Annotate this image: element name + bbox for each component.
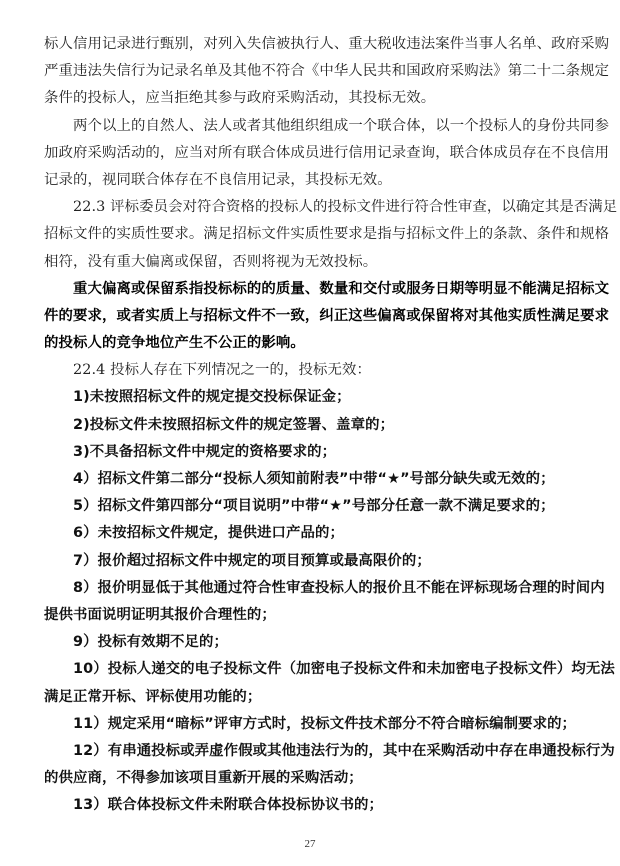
text-line: 满足正常开标、评标使用功能的； bbox=[44, 684, 580, 711]
text-line: 9）投标有效期不足的； bbox=[44, 629, 580, 656]
text-line: 招标文件的实质性要求。满足招标文件实质性要求是指与招标文件上的条款、条件和规格 bbox=[44, 221, 580, 248]
list-item: 6）未按招标文件规定，提供进口产品的； bbox=[44, 520, 580, 547]
invalid-conditions-list: 1)未按照招标文件的规定提交投标保证金； 2)投标文件未按照招标文件的规定签署、… bbox=[44, 384, 580, 819]
text-line: 6）未按招标文件规定，提供进口产品的； bbox=[44, 520, 580, 547]
list-item: 12）有串通投标或弄虚作假或其他违法行为的，其中在采购活动中存在串通投标行为 的… bbox=[44, 738, 580, 792]
text-line: 8）报价明显低于其他通过符合性审查投标人的报价且不能在评标现场合理的时间内 bbox=[44, 575, 580, 602]
list-item: 5）招标文件第四部分“项目说明”中带“★”号部分任意一款不满足要求的； bbox=[44, 493, 580, 520]
list-item: 10）投标人递交的电子投标文件（加密电子投标文件和未加密电子投标文件）均无法 满… bbox=[44, 656, 580, 710]
text-line: 条件的投标人，应当拒绝其参与政府采购活动，其投标无效。 bbox=[44, 85, 580, 112]
list-item: 4）招标文件第二部分“投标人须知前附表”中带“★”号部分缺失或无效的； bbox=[44, 466, 580, 493]
page-number: 27 bbox=[0, 838, 620, 850]
text-line: 7）报价超过招标文件中规定的项目预算或最高限价的； bbox=[44, 548, 580, 575]
text-line: 的投标人的竞争地位产生不公正的影响。 bbox=[44, 330, 580, 357]
list-item: 9）投标有效期不足的； bbox=[44, 629, 580, 656]
text-line: 重大偏离或保留系指投标标的的质量、数量和交付或服务日期等明显不能满足招标文 bbox=[44, 276, 580, 303]
document-page: 标人信用记录进行甄别，对列入失信被执行人、重大税收违法案件当事人名单、政府采购 … bbox=[44, 31, 580, 819]
text-line: 4）招标文件第二部分“投标人须知前附表”中带“★”号部分缺失或无效的； bbox=[44, 466, 580, 493]
text-line: 13）联合体投标文件未附联合体投标协议书的； bbox=[44, 792, 580, 819]
text-line: 的供应商，不得参加该项目重新开展的采购活动； bbox=[44, 765, 580, 792]
text-line: 两个以上的自然人、法人或者其他组织组成一个联合体，以一个投标人的身份共同参 bbox=[44, 113, 580, 140]
text-line: 12）有串通投标或弄虚作假或其他违法行为的，其中在采购活动中存在串通投标行为 bbox=[44, 738, 580, 765]
text-line: 提供书面说明证明其报价合理性的； bbox=[44, 602, 580, 629]
text-line: 22.3 评标委员会对符合资格的投标人的投标文件进行符合性审查，以确定其是否满足 bbox=[44, 194, 580, 221]
text-line: 11）规定采用“暗标”评审方式时，投标文件技术部分不符合暗标编制要求的； bbox=[44, 711, 580, 738]
list-item: 7）报价超过招标文件中规定的项目预算或最高限价的； bbox=[44, 548, 580, 575]
list-item: 1)未按照招标文件的规定提交投标保证金； bbox=[44, 384, 580, 411]
paragraph-credit-screening: 标人信用记录进行甄别，对列入失信被执行人、重大税收违法案件当事人名单、政府采购 … bbox=[44, 31, 580, 113]
text-line: 加政府采购活动的，应当对所有联合体成员进行信用记录查询，联合体成员存在不良信用 bbox=[44, 140, 580, 167]
list-item: 3)不具备招标文件中规定的资格要求的； bbox=[44, 439, 580, 466]
text-line: 记录的，视同联合体存在不良信用记录，其投标无效。 bbox=[44, 167, 580, 194]
text-line: 5）招标文件第四部分“项目说明”中带“★”号部分任意一款不满足要求的； bbox=[44, 493, 580, 520]
list-item: 2)投标文件未按照招标文件的规定签署、盖章的； bbox=[44, 412, 580, 439]
section-22-4: 22.4 投标人存在下列情况之一的，投标无效： bbox=[44, 357, 580, 384]
paragraph-major-deviation-definition: 重大偏离或保留系指投标标的的质量、数量和交付或服务日期等明显不能满足招标文 件的… bbox=[44, 276, 580, 358]
list-item: 11）规定采用“暗标”评审方式时，投标文件技术部分不符合暗标编制要求的； bbox=[44, 711, 580, 738]
text-line: 10）投标人递交的电子投标文件（加密电子投标文件和未加密电子投标文件）均无法 bbox=[44, 656, 580, 683]
paragraph-consortium-credit: 两个以上的自然人、法人或者其他组织组成一个联合体，以一个投标人的身份共同参 加政… bbox=[44, 113, 580, 195]
text-line: 件的要求，或者实质上与招标文件不一致，纠正这些偏离或保留将对其他实质性满足要求 bbox=[44, 303, 580, 330]
text-line: 相符，没有重大偏离或保留，否则将视为无效投标。 bbox=[44, 249, 580, 276]
text-line: 严重违法失信行为记录名单及其他不符合《中华人民共和国政府采购法》第二十二条规定 bbox=[44, 58, 580, 85]
list-item: 13）联合体投标文件未附联合体投标协议书的； bbox=[44, 792, 580, 819]
section-22-3: 22.3 评标委员会对符合资格的投标人的投标文件进行符合性审查，以确定其是否满足… bbox=[44, 194, 580, 276]
text-line: 标人信用记录进行甄别，对列入失信被执行人、重大税收违法案件当事人名单、政府采购 bbox=[44, 31, 580, 58]
text-line: 3)不具备招标文件中规定的资格要求的； bbox=[44, 439, 580, 466]
text-line: 1)未按照招标文件的规定提交投标保证金； bbox=[44, 384, 580, 411]
text-line: 2)投标文件未按照招标文件的规定签署、盖章的； bbox=[44, 412, 580, 439]
list-item: 8）报价明显低于其他通过符合性审查投标人的报价且不能在评标现场合理的时间内 提供… bbox=[44, 575, 580, 629]
text-line: 22.4 投标人存在下列情况之一的，投标无效： bbox=[44, 357, 580, 384]
